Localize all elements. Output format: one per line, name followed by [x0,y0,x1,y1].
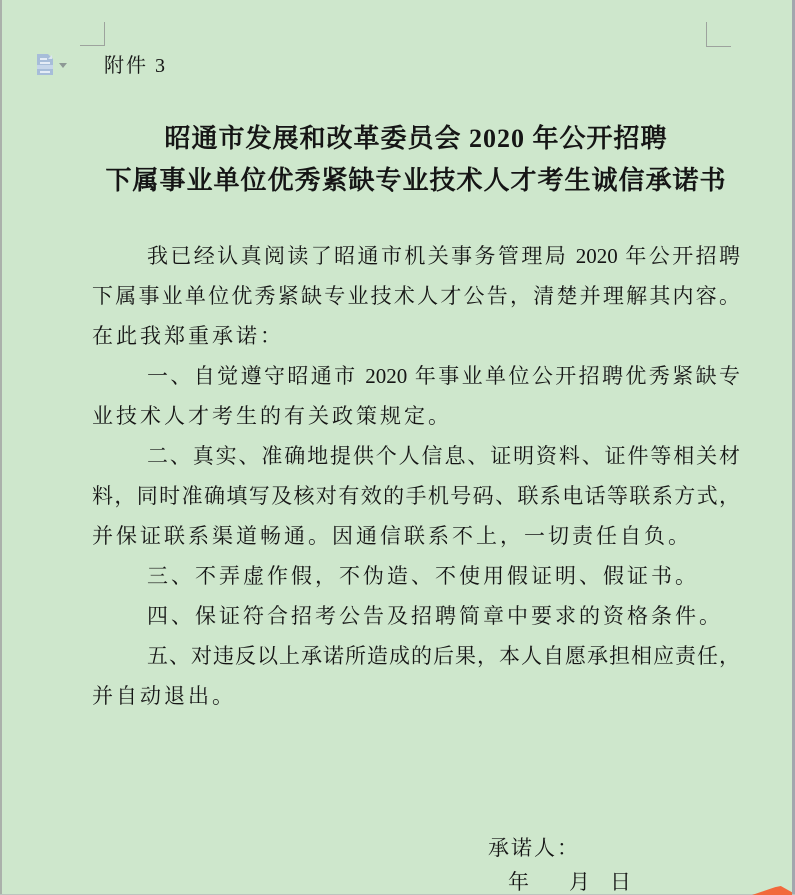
icon-line [40,62,50,64]
date-month-label: 月 [569,870,592,894]
document-line: 一、自觉遵守昭通市 2020 年事业单位公开招聘优秀紧缺专 [92,356,740,396]
text-boundary-mark-top-left [80,22,105,46]
document-title: 昭通市发展和改革委员会 2020 年公开招聘 下属事业单位优秀紧缺专业技术人才考… [92,118,740,202]
document-line: 四、保证符合招考公告及招聘简章中要求的资格条件。 [92,596,740,636]
date-day-label: 日 [610,870,633,894]
icon-band [37,65,53,69]
chevron-down-icon[interactable] [59,63,67,68]
icon-line [40,58,47,60]
document-line: 并保证联系渠道畅通。因通信联系不上，一切责任自负。 [92,516,740,556]
document-line: 并自动退出。 [92,676,740,716]
document-line: 三、不弄虚作假，不伪造、不使用假证明、假证书。 [92,556,740,596]
document-body[interactable]: 我已经认真阅读了昭通市机关事务管理局 2020 年公开招聘下属事业单位优秀紧缺专… [92,236,740,716]
document-line: 料，同时准确填写及核对有效的手机号码、联系电话等联系方式， [92,476,740,516]
document-title-line2: 下属事业单位优秀紧缺专业技术人才考生诚信承诺书 [92,160,740,202]
text-boundary-mark-top-right [706,22,731,47]
word-document-canvas[interactable]: 附件 3 昭通市发展和改革委员会 2020 年公开招聘 下属事业单位优秀紧缺专业… [0,0,795,895]
document-line: 下属事业单位优秀紧缺专业技术人才公告，清楚并理解其内容。 [92,276,740,316]
document-line: 五、对违反以上承诺所造成的后果，本人自愿承担相应责任， [92,636,740,676]
document-line: 我已经认真阅读了昭通市机关事务管理局 2020 年公开招聘 [92,236,740,276]
date-year-label: 年 [508,870,531,894]
document-line: 在此我郑重承诺： [92,316,740,356]
orange-decoration [752,886,792,895]
document-line: 二、真实、准确地提供个人信息、证明资料、证件等相关材 [92,436,740,476]
page-left-edge [0,0,2,895]
paste-options-icon [37,54,53,75]
document-title-line1: 昭通市发展和改革委员会 2020 年公开招聘 [92,118,740,160]
signature-date-line: 年月日 [508,862,633,895]
paste-options-button[interactable] [34,52,70,78]
document-line: 业技术人才考生的有关政策规定。 [92,396,740,436]
icon-line [40,71,50,73]
attachment-label: 附件 3 [104,52,167,80]
page-fold-corner [48,54,53,59]
